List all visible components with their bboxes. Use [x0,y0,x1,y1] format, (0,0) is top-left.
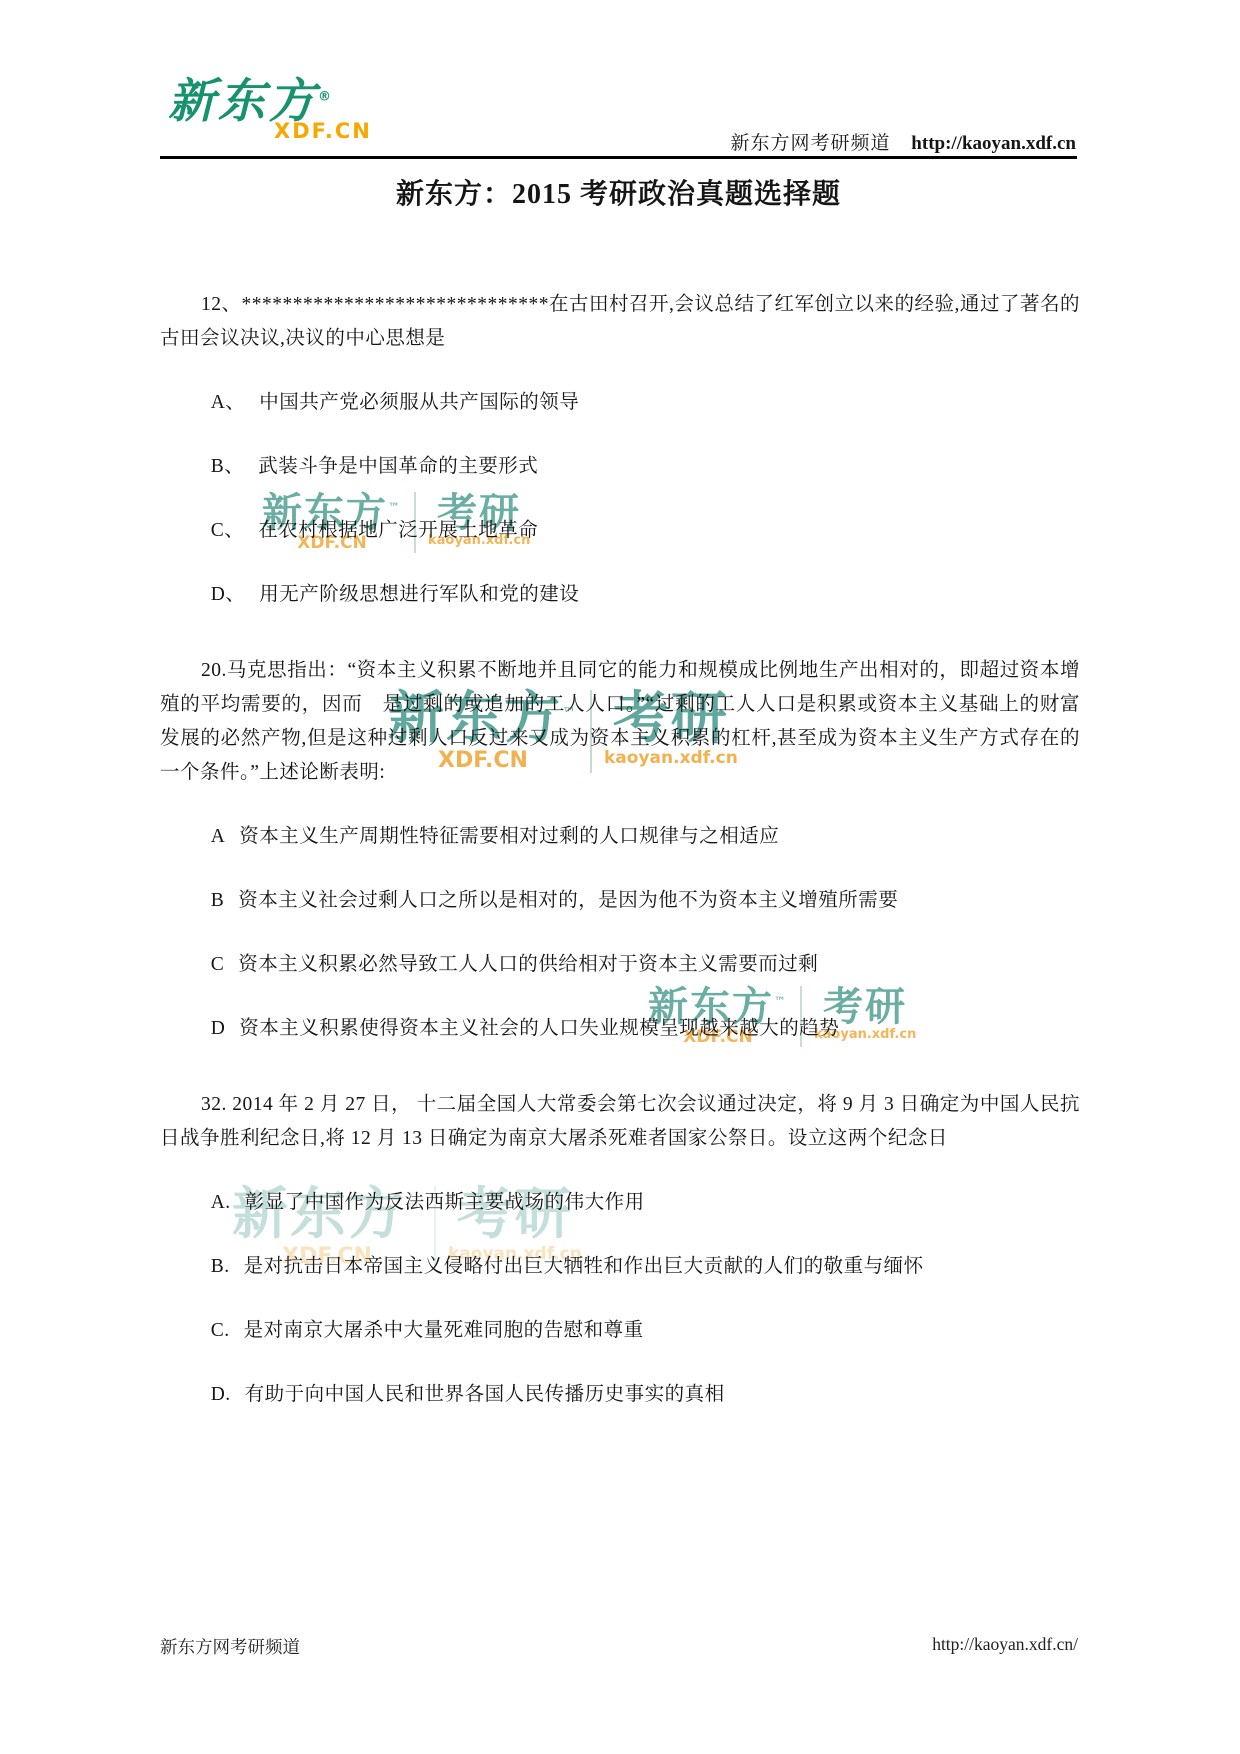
registered-mark-icon: ® [318,89,334,104]
footer-url: http://kaoyan.xdf.cn/ [932,1634,1078,1659]
question-12-stem: 12、******************************在古田村召开,… [160,288,1080,356]
page-footer: 新东方网考研频道 http://kaoyan.xdf.cn/ [160,1634,1078,1659]
xdf-logo-brand: 新东方® [168,78,372,125]
question-32-stem: 32. 2014 年 2 月 27 日， 十二届全国人大常委会第七次会议通过决定… [160,1088,1080,1156]
document-body: 12、******************************在古田村召开,… [160,270,1080,1412]
question-12-option-a: A、中国共产党必须服从共产国际的领导 [160,386,1080,420]
page-title: 新东方：2015 考研政治真题选择题 [160,172,1077,212]
question-32-option-c: C.是对南京大屠杀中大量死难同胞的告慰和尊重 [160,1314,1080,1348]
document-page: 新东方® XDF.CN 新东方网考研频道 http://kaoyan.xdf.c… [0,0,1240,1754]
question-20-stem: 20.马克思指出：“资本主义积累不断地并且同它的能力和规模成比例地生产出相对的，… [160,654,1080,790]
question-12-option-d: D、用无产阶级思想进行军队和党的建设 [160,578,1080,612]
header-channel: 新东方网考研频道 [731,133,891,154]
question-32-option-a: A.彰显了中国作为反法西斯主要战场的伟大作用 [160,1186,1080,1220]
question-20-option-a: A资本主义生产周期性特征需要相对过剩的人口规律与之相适应 [160,820,1080,854]
header-meta: 新东方网考研频道 http://kaoyan.xdf.cn [731,128,1076,155]
question-32-option-d: D.有助于向中国人民和世界各国人民传播历史事实的真相 [160,1378,1080,1412]
question-20-option-d: D资本主义积累使得资本主义社会的人口失业规模呈现越来越大的趋势 [160,1012,1080,1046]
question-12-option-c: C、在农村根据地广泛开展土地革命 [160,514,1080,548]
xdf-logo: 新东方® XDF.CN [168,78,372,142]
question-32-option-b: B.是对抗击日本帝国主义侵略付出巨大牺牲和作出巨大贡献的人们的敬重与缅怀 [160,1250,1080,1284]
xdf-logo-domain: XDF.CN [274,121,372,142]
header-url: http://kaoyan.xdf.cn [911,133,1076,154]
footer-channel: 新东方网考研频道 [160,1634,300,1659]
header-divider [160,156,1077,159]
question-12-option-b: B、武装斗争是中国革命的主要形式 [160,450,1080,484]
question-20-option-c: C资本主义积累必然导致工人人口的供给相对于资本主义需要而过剩 [160,948,1080,982]
question-20-option-b: B资本主义社会过剩人口之所以是相对的，是因为他不为资本主义增殖所需要 [160,884,1080,918]
